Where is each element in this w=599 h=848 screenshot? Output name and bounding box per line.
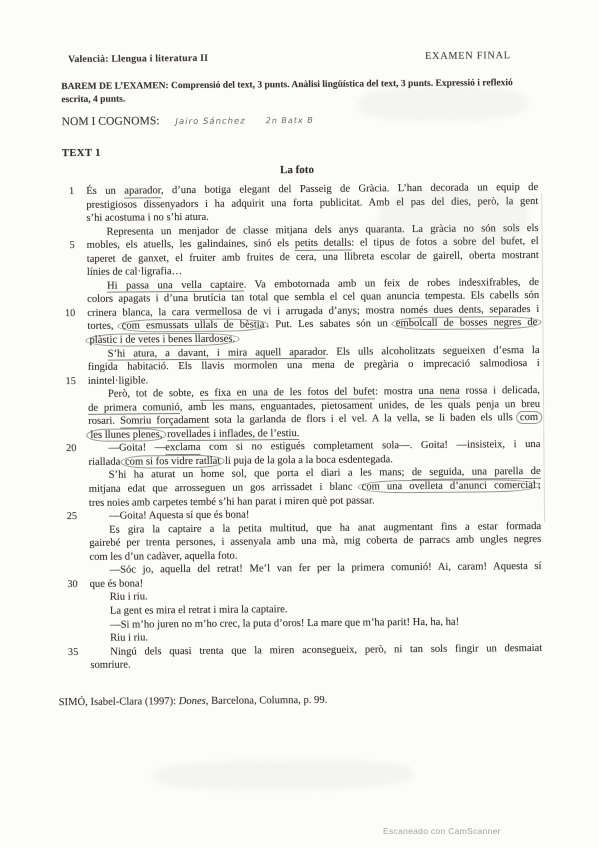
text-segment: —Goita! Aquesta sí que és bona! bbox=[109, 510, 249, 522]
text-segment: sota la garlanda de flors i el vel. A la… bbox=[209, 412, 518, 426]
text-segment: línies de cal·ligrafia… bbox=[87, 266, 182, 278]
text-segment: s’hi acostuma i no s’hi atura. bbox=[86, 212, 208, 224]
citation-work-title: Dones bbox=[179, 696, 206, 707]
text-segment: És un bbox=[86, 186, 124, 197]
text-segment: rosari. bbox=[88, 416, 120, 427]
text-segment: mitjana edat que arrosseguen un gos arri… bbox=[89, 482, 360, 495]
text-segment: somriure. bbox=[90, 660, 130, 671]
citation-author: SIMÓ, Isabel-Clara (1997): bbox=[59, 696, 179, 708]
name-label: NOM I COGNOMS: bbox=[62, 114, 160, 128]
scanned-exam-page: Valencià: Llengua i literatura II EXAMEN… bbox=[0, 0, 599, 848]
text-segment: riallada bbox=[88, 456, 123, 467]
text-body: 1És un aparador, d’una botiga elegant de… bbox=[56, 181, 542, 673]
pencil-circle: com si fos vidre ratllat bbox=[121, 455, 224, 469]
pencil-underline: Somriu forçadament bbox=[120, 415, 209, 428]
grading-scheme-label: BAREM DE L’EXAMEN: bbox=[61, 81, 168, 92]
camscanner-watermark: Escaneado con CamScanner bbox=[383, 826, 501, 836]
line-number: 25 bbox=[59, 510, 77, 524]
text-segment: com les d’un cadàver, aquella foto. bbox=[89, 550, 237, 562]
text-segment: : mostra bbox=[375, 386, 419, 397]
pencil-underline: petits detalls bbox=[295, 238, 352, 251]
text-segment: que és bona! bbox=[90, 578, 144, 589]
pencil-underline: Hi passa una vella captaire bbox=[107, 279, 244, 293]
text-segment: com si no estigués completament sola—. G… bbox=[200, 439, 540, 453]
line-number: 1 bbox=[56, 185, 74, 199]
pencil-circle: com esmussats ullals de bèstia bbox=[118, 319, 269, 333]
page-sheet: Valencià: Llengua i literatura II EXAMEN… bbox=[0, 0, 599, 848]
pencil-circle: com una ovelleta d’anunci comercial bbox=[358, 479, 540, 494]
text-segment: Riu i riu. bbox=[110, 592, 148, 603]
text-segment: S’hi ha aturat un home sol, que porta el… bbox=[109, 468, 412, 482]
pencil-circle: les llunes plenes, bbox=[86, 428, 166, 442]
text-segment: . Els ulls alcoholitzats segueixen d’esm… bbox=[326, 344, 540, 357]
text-segment: inintel·ligible. bbox=[88, 375, 148, 387]
line-number: 30 bbox=[60, 578, 78, 592]
line-number: 15 bbox=[58, 375, 76, 389]
text-segment: ; bbox=[538, 480, 541, 491]
line-number: 10 bbox=[57, 307, 75, 321]
text-segment: rossa i delicada, bbox=[460, 385, 540, 397]
text-segment: tres noies amb carpetes tembé s’hi han p… bbox=[89, 495, 375, 508]
text-segment: La gent es mira el retrat i mira la capt… bbox=[110, 604, 288, 617]
handwritten-group: 2n Batx B bbox=[266, 116, 314, 125]
scan-crease-line bbox=[541, 194, 545, 522]
pencil-underline: de seguida, una parella de bbox=[412, 466, 541, 480]
text-segment: mobles, els atuells, les galindaines, si… bbox=[87, 238, 295, 251]
pencil-underline: de primera comunió bbox=[88, 402, 180, 415]
scan-smudge bbox=[153, 759, 413, 791]
text-segment: . Put. Les sabates són un bbox=[266, 319, 393, 331]
text-line: somriure. bbox=[60, 655, 542, 673]
line-number: 20 bbox=[58, 442, 76, 456]
text-segment: tortes, bbox=[87, 321, 119, 332]
scan-smudge bbox=[357, 86, 527, 121]
course-title: Valencià: Llengua i literatura II bbox=[68, 53, 208, 65]
text-segment: . Va embotornada amb un feix de robes in… bbox=[244, 277, 539, 291]
text-section-label: TEXT 1 bbox=[62, 148, 101, 159]
text-title: La foto bbox=[56, 162, 538, 178]
pencil-underline: rovellades i inflades, de l’estiu. bbox=[167, 428, 299, 442]
text-segment: li puja de la gola a la boca esdentegada… bbox=[222, 454, 393, 466]
citation: SIMÓ, Isabel-Clara (1997): Dones, Barcel… bbox=[59, 695, 328, 708]
pencil-underline: aparador bbox=[124, 185, 161, 198]
scan-smudge bbox=[378, 188, 529, 249]
text-segment: Però, tot de sobte, bbox=[108, 388, 200, 400]
line-number: 5 bbox=[57, 239, 75, 253]
text-segment: —Si m’ho juren no m’ho crec, la puta d’o… bbox=[110, 616, 459, 630]
handwritten-name: Jairo Sánchez bbox=[175, 116, 245, 127]
pencil-underline: una nena bbox=[418, 386, 459, 399]
pencil-circle: embolcall de bosses negres de bbox=[392, 316, 542, 330]
name-row: NOM I COGNOMS:Jairo Sánchez2n Batx B bbox=[62, 113, 314, 128]
text-segment: Riu i riu. bbox=[110, 632, 148, 643]
exam-label: EXAMEN FINAL bbox=[425, 50, 511, 62]
pencil-circle: com bbox=[516, 411, 542, 424]
pencil-underline: exclama bbox=[165, 442, 200, 455]
text-segment: —Goita! — bbox=[108, 443, 165, 454]
citation-rest: , Barcelona, Columna, p. 99. bbox=[206, 695, 328, 707]
pencil-circle: plàstic i de vetes i benes llardoses. bbox=[85, 333, 239, 347]
line-number: 35 bbox=[60, 646, 78, 660]
